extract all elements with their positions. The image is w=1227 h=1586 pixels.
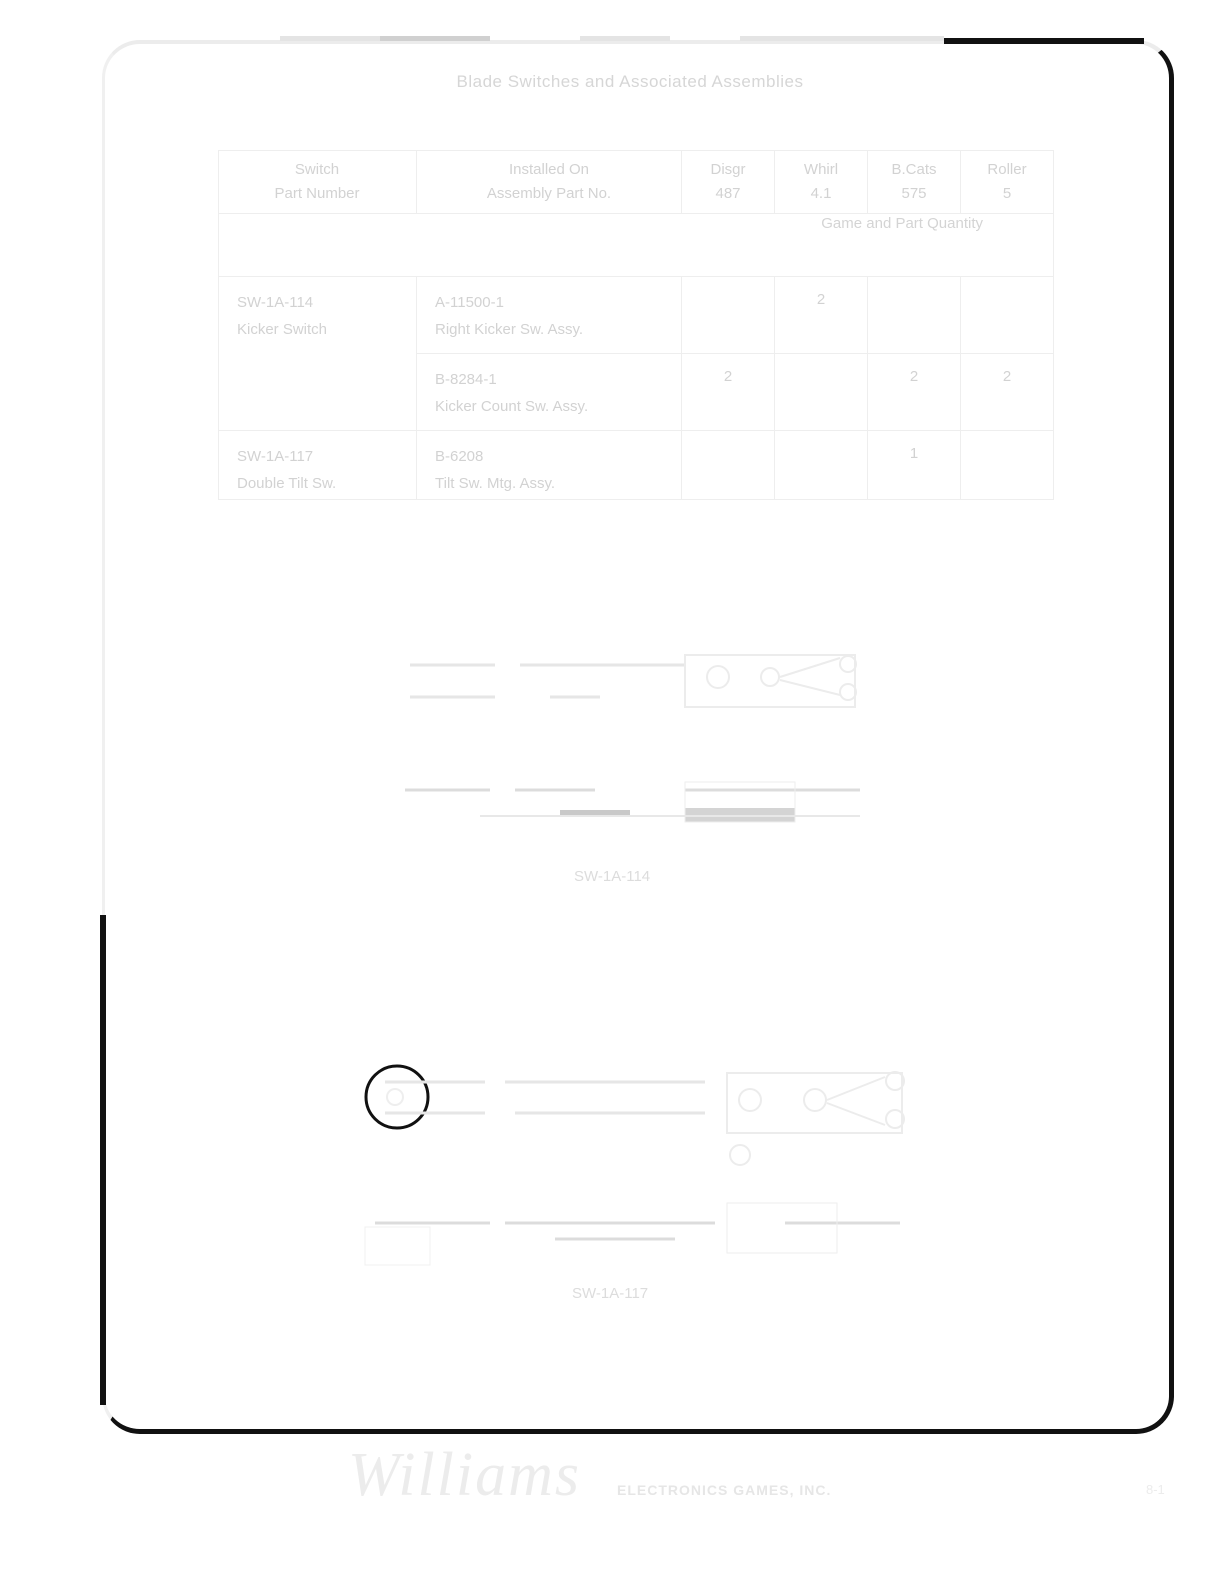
parts-table: Switch Part Number Installed On Assembly… bbox=[218, 150, 1054, 500]
scan-artifact bbox=[380, 36, 490, 41]
cell-assembly: B-6208 Tilt Sw. Mtg. Assy. bbox=[417, 431, 682, 500]
cell-qty bbox=[682, 431, 775, 500]
cell-qty: 2 bbox=[868, 354, 961, 431]
cell-qty bbox=[961, 431, 1054, 500]
header-game-2: Whirl 4.1 bbox=[775, 151, 868, 214]
header-installed-on: Installed On Assembly Part No. bbox=[417, 151, 682, 214]
page-border-top-edge bbox=[944, 38, 1144, 44]
page-border-left-edge bbox=[100, 915, 106, 1405]
cell-assembly: B-8284-1 Kicker Count Sw. Assy. bbox=[417, 354, 682, 431]
table-subheader-row: Game and Part Quantity bbox=[219, 214, 1054, 277]
cell-qty: 2 bbox=[775, 277, 868, 354]
document-title: Blade Switches and Associated Assemblies bbox=[0, 72, 1227, 92]
table-row: SW-1A-114 Kicker Switch A-11500-1 Right … bbox=[219, 277, 1054, 354]
cell-switch: SW-1A-117 Double Tilt Sw. bbox=[219, 431, 417, 500]
cell-qty: 2 bbox=[682, 354, 775, 431]
switch-diagram-sw-1a-114 bbox=[400, 640, 870, 840]
cell-qty bbox=[868, 277, 961, 354]
scan-artifact bbox=[280, 36, 380, 41]
scan-artifact bbox=[580, 36, 670, 41]
cell-assembly: A-11500-1 Right Kicker Sw. Assy. bbox=[417, 277, 682, 354]
header-game-3: B.Cats 575 bbox=[868, 151, 961, 214]
header-switch: Switch Part Number bbox=[219, 151, 417, 214]
cell-qty bbox=[961, 277, 1054, 354]
company-name: ELECTRONICS GAMES, INC. bbox=[617, 1482, 831, 1498]
cell-qty: 2 bbox=[961, 354, 1054, 431]
figure-caption: SW-1A-114 bbox=[574, 868, 650, 885]
header-game-1: Disgr 487 bbox=[682, 151, 775, 214]
table-header-row: Switch Part Number Installed On Assembly… bbox=[219, 151, 1054, 214]
cell-qty bbox=[682, 277, 775, 354]
cell-qty bbox=[775, 354, 868, 431]
cell-qty bbox=[775, 431, 868, 500]
switch-diagram-sw-1a-117 bbox=[355, 1055, 915, 1275]
subheader-label: Game and Part Quantity bbox=[821, 215, 983, 232]
page-number: 8-1 bbox=[1146, 1482, 1165, 1497]
cell-qty: 1 bbox=[868, 431, 961, 500]
header-game-4: Roller 5 bbox=[961, 151, 1054, 214]
cell-switch: SW-1A-114 Kicker Switch bbox=[219, 277, 417, 431]
scan-artifact bbox=[740, 36, 944, 41]
figure-caption: SW-1A-117 bbox=[572, 1285, 648, 1302]
williams-logo: Williams bbox=[348, 1440, 581, 1511]
table-row: SW-1A-117 Double Tilt Sw. B-6208 Tilt Sw… bbox=[219, 431, 1054, 500]
